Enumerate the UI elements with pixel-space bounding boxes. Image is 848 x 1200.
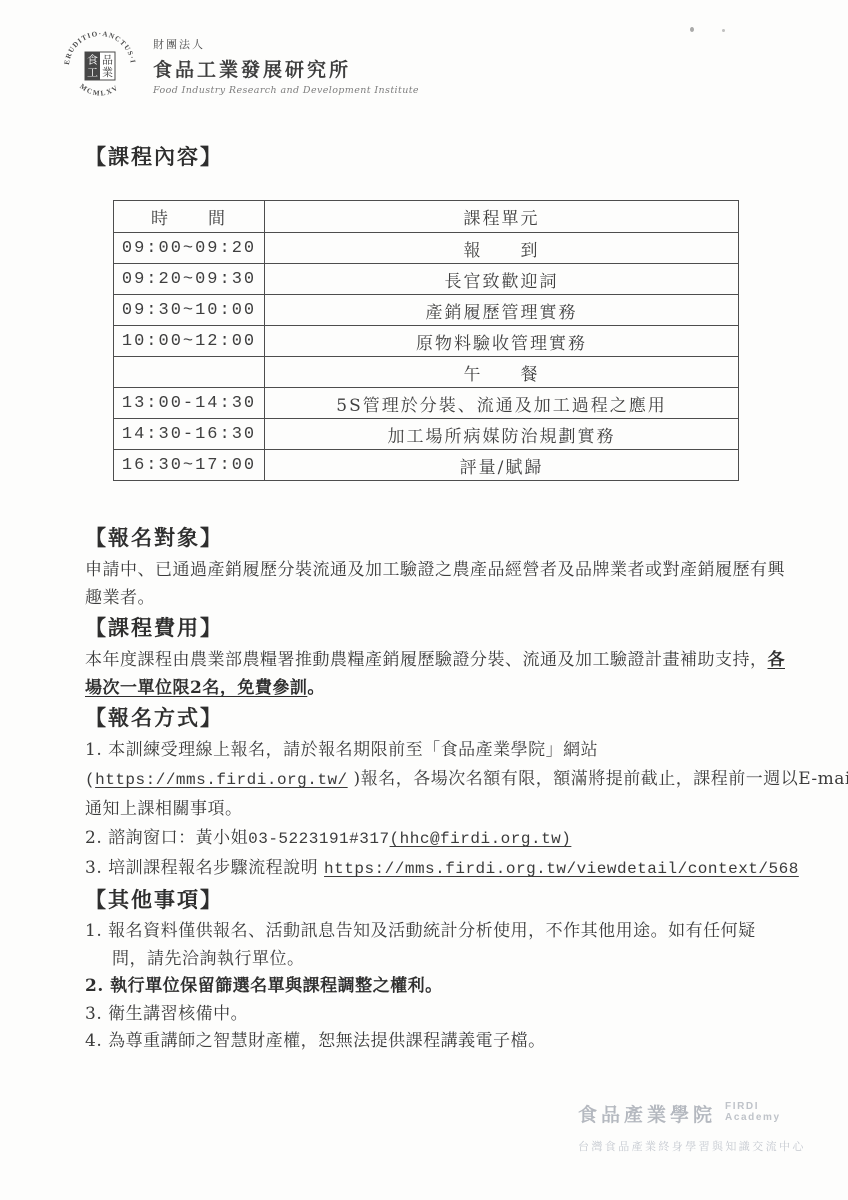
schedule-row: 10:00~12:00 原物料驗收管理實務: [114, 326, 739, 357]
scan-speck: [722, 29, 725, 32]
footer-tagline: 台灣食品產業終身學習與知識交流中心: [578, 1138, 828, 1154]
fee-line-1: 本年度課程由農業部農糧署推動農糧產銷履歷驗證分裝、流通及加工驗證計畫補助支持，各: [85, 646, 798, 674]
other-item-3: 3. 衛生講習核備中。: [85, 1001, 798, 1029]
time-cell: 16:30~17:00: [114, 450, 265, 481]
fee-text: 本年度課程由農業部農糧署推動農糧產銷履歷驗證分裝、流通及加工驗證計畫補助支持，: [85, 650, 768, 670]
fee-line-2: 場次一單位限2名，免費參訓。: [85, 674, 798, 702]
seal-char-2: 品: [102, 54, 113, 67]
fee-bold-rest: 場次一單位限2名，免費參訓: [85, 678, 307, 698]
schedule-row: 09:00~09:20 報 到: [114, 233, 739, 264]
contact-email-link[interactable]: (hhc@firdi.org.tw): [390, 830, 572, 848]
steps-guide-link[interactable]: https://mms.firdi.org.tw/viewdetail/cont…: [324, 860, 799, 878]
time-cell: 09:30~10:00: [114, 295, 265, 326]
org-name: 食品工業發展研究所: [153, 55, 419, 82]
institute-name-block: 財團法人 食品工業發展研究所 Food Industry Research an…: [153, 27, 419, 96]
target-line-1: 申請中、已通過產銷履歷分裝流通及加工驗證之農產品經營者及品牌業者或對產銷履歷有興: [85, 556, 798, 584]
unit-cell: 報 到: [265, 233, 739, 264]
section-heading-target: 【報名對象】: [85, 522, 798, 554]
svg-text:MCMLXV: MCMLXV: [78, 82, 120, 97]
time-cell: 14:30-16:30: [114, 419, 265, 450]
unit-cell: 原物料驗收管理實務: [265, 326, 739, 357]
institute-seal-icon: ERUDITIO·ANCTUS·INITUM MCMLXV 食 工 品 業: [57, 27, 143, 105]
time-cell: 13:00-14:30: [114, 388, 265, 419]
schedule-row: 09:30~10:00 產銷履歷管理實務: [114, 295, 739, 326]
header-time-cell: 時 間: [114, 201, 265, 233]
other-item-1-line-2: 問，請先洽詢執行單位。: [112, 946, 798, 974]
course-schedule-table: 時 間 課程單元 09:00~09:20 報 到 09:20~09:30 長官致…: [113, 200, 739, 481]
footer-en-line-1: FIRDI: [725, 1101, 781, 1112]
schedule-row: 14:30-16:30 加工場所病媒防治規劃實務: [114, 419, 739, 450]
institute-logo: ERUDITIO·ANCTUS·INITUM MCMLXV 食 工 品 業 財團…: [57, 27, 798, 105]
contact-label: 2. 諮詢窗口：黃小姐: [85, 828, 248, 848]
footer-logo-row: 食品產業學院 FIRDI Academy: [578, 1100, 828, 1127]
seal-char-3: 工: [87, 66, 98, 79]
section-heading-other: 【其他事項】: [85, 884, 798, 916]
register-body: 1. 本訓練受理線上報名，請於報名期限前至「食品產業學院」網站 (https:/…: [85, 736, 798, 884]
unit-cell: 評量/賦歸: [265, 450, 739, 481]
footer-en-line-2: Academy: [725, 1112, 781, 1123]
register-item-1-line-2-rest: )報名，各場次名額有限，額滿將提前截止，課程前一週以E-mail: [348, 769, 848, 789]
schedule-row-lunch: 午 餐: [114, 357, 739, 388]
register-item-1-line-2: (https://mms.firdi.org.tw/ )報名，各場次名額有限，額…: [85, 765, 798, 795]
firdi-academy-footer: 食品產業學院 FIRDI Academy 台灣食品產業終身學習與知識交流中心: [578, 1100, 828, 1154]
paren-open: (: [85, 771, 95, 789]
unit-cell: 長官致歡迎詞: [265, 264, 739, 295]
time-cell: [114, 357, 265, 388]
scan-speck: [690, 27, 694, 32]
register-item-1-line-1: 1. 本訓練受理線上報名，請於報名期限前至「食品產業學院」網站: [85, 736, 798, 765]
org-name-english: Food Industry Research and Development I…: [153, 85, 419, 96]
footer-academy-name-en: FIRDI Academy: [725, 1101, 781, 1123]
other-item-2: 2. 執行單位保留篩選名單與課程調整之權利。: [85, 973, 798, 1001]
schedule-row: 09:20~09:30 長官致歡迎詞: [114, 264, 739, 295]
org-type-label: 財團法人: [153, 36, 419, 52]
register-item-3: 3. 培訓課程報名步驟流程說明 https://mms.firdi.org.tw…: [85, 854, 798, 884]
time-cell: 09:00~09:20: [114, 233, 265, 264]
section-heading-course-content: 【課程內容】: [85, 141, 798, 173]
schedule-row: 13:00-14:30 5S管理於分裝、流通及加工過程之應用: [114, 388, 739, 419]
fee-body: 本年度課程由農業部農糧署推動農糧產銷履歷驗證分裝、流通及加工驗證計畫補助支持，各…: [85, 646, 798, 702]
target-body: 申請中、已通過產銷履歷分裝流通及加工驗證之農產品經營者及品牌業者或對產銷履歷有興…: [85, 556, 798, 612]
unit-cell: 午 餐: [265, 357, 739, 388]
header-unit-cell: 課程單元: [265, 201, 739, 233]
unit-cell: 產銷履歷管理實務: [265, 295, 739, 326]
fee-period: 。: [307, 678, 325, 698]
time-cell: 09:20~09:30: [114, 264, 265, 295]
seal-bottom-text: MCMLXV: [78, 82, 120, 97]
document-page: ERUDITIO·ANCTUS·INITUM MCMLXV 食 工 品 業 財團…: [0, 0, 848, 1200]
schedule-row: 16:30~17:00 評量/賦歸: [114, 450, 739, 481]
registration-site-link[interactable]: https://mms.firdi.org.tw/: [95, 771, 348, 789]
section-heading-register: 【報名方式】: [85, 702, 798, 734]
register-item-2: 2. 諮詢窗口：黃小姐03-5223191#317(hhc@firdi.org.…: [85, 824, 798, 854]
steps-label: 3. 培訓課程報名步驟流程說明: [85, 858, 324, 878]
target-line-2: 趣業者。: [85, 584, 798, 612]
section-heading-fee: 【課程費用】: [85, 612, 798, 644]
contact-phone: 03-5223191#317: [248, 830, 389, 848]
register-item-1-line-3: 通知上課相關事項。: [85, 795, 798, 824]
time-cell: 10:00~12:00: [114, 326, 265, 357]
unit-cell: 5S管理於分裝、流通及加工過程之應用: [265, 388, 739, 419]
other-item-4: 4. 為尊重講師之智慧財產權，恕無法提供課程講義電子檔。: [85, 1028, 798, 1056]
fee-bold-start: 各: [768, 650, 786, 670]
unit-cell: 加工場所病媒防治規劃實務: [265, 419, 739, 450]
footer-academy-name: 食品產業學院: [578, 1100, 716, 1127]
other-item-1-line-1: 1. 報名資料僅供報名、活動訊息告知及活動統計分析使用，不作其他用途。如有任何疑: [85, 918, 798, 946]
other-body: 1. 報名資料僅供報名、活動訊息告知及活動統計分析使用，不作其他用途。如有任何疑…: [85, 918, 798, 1056]
seal-char-4: 業: [102, 65, 113, 79]
table-header-row: 時 間 課程單元: [114, 201, 739, 233]
seal-char-1: 食: [87, 54, 98, 67]
